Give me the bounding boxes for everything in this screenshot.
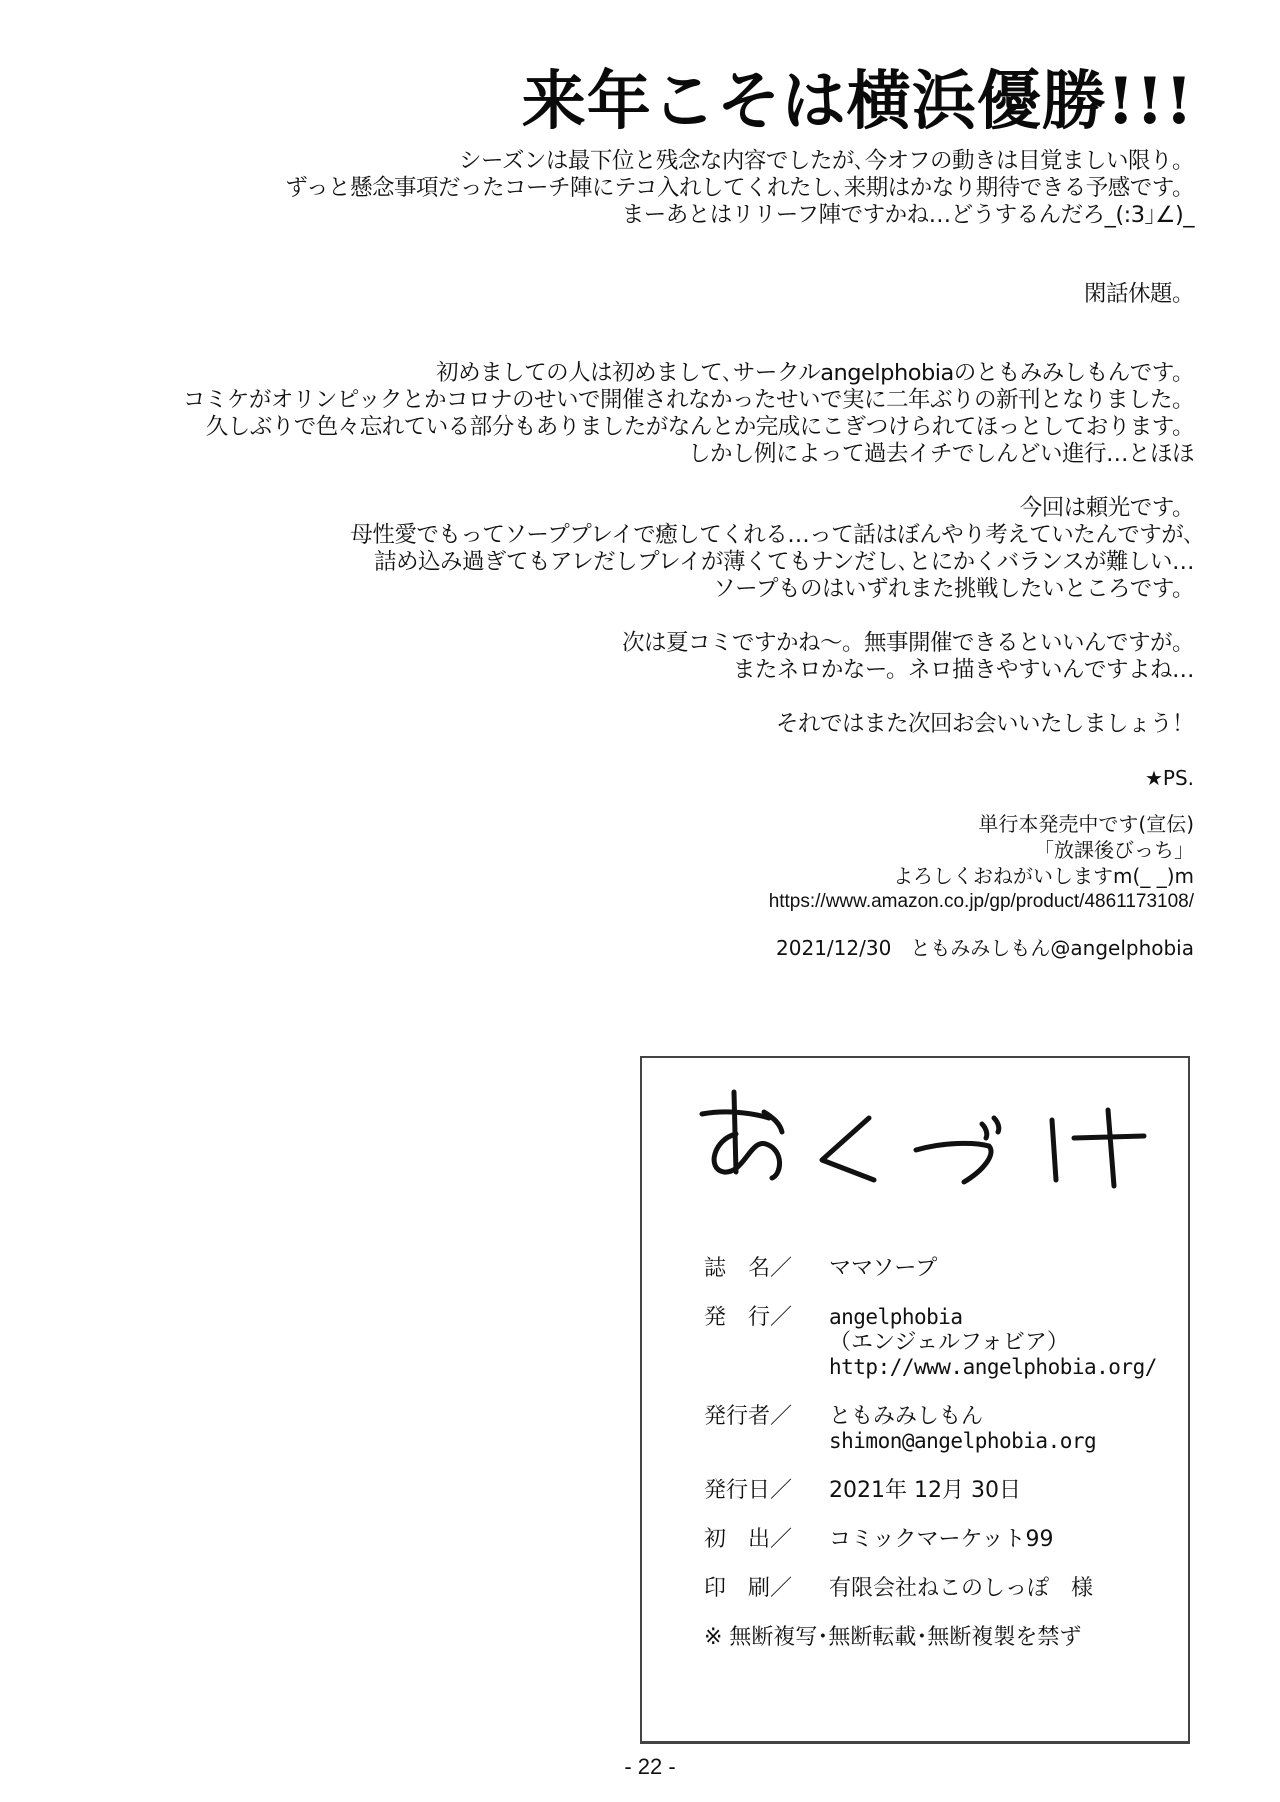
transition-paragraph: 閑話休題。: [14, 281, 1194, 308]
row-value: ママソープ: [829, 1256, 937, 1281]
publisher-website-link[interactable]: http://www.angelphobia.org/: [829, 1355, 1157, 1380]
okuduke-handwritten-icon: おくづけ: [684, 1084, 1154, 1194]
row-value: angelphobia: [829, 1305, 1157, 1330]
text-line: 初めましての人は初めまして､サークルangelphobiaのともみみしもんです。: [14, 360, 1194, 387]
row-value: 2021年 12月 30日: [829, 1478, 1021, 1503]
row-label: 印 刷／: [704, 1576, 829, 1601]
text-line: しかし例によって過去イチでしんどい進行…とほほ: [14, 441, 1194, 468]
colophon-box: おくづけ 誌 名／ ママソープ 発 行／ angelphobia （エンジェルフ…: [640, 1056, 1190, 1744]
closing-paragraph: それではまた次回お会いいたしましょう！: [14, 711, 1194, 738]
ps-section: ★PS. 単行本発売中です(宣伝) 「放課後びっち」 よろしくおねがいしますm(…: [14, 765, 1194, 961]
row-label: 発行日／: [704, 1478, 829, 1503]
row-value: コミックマーケット99: [829, 1527, 1053, 1552]
row-value: （エンジェルフォビア）: [829, 1330, 1157, 1355]
row-label: 発 行／: [704, 1305, 829, 1380]
row-label: 誌 名／: [704, 1256, 829, 1281]
ps-heading: ★PS.: [14, 765, 1194, 791]
row-label: 発行者／: [704, 1404, 829, 1454]
colophon-row-title: 誌 名／ ママソープ: [704, 1256, 1178, 1281]
colophon-row-issuer: 発行者／ ともみみしもん shimon@angelphobia.org: [704, 1404, 1178, 1454]
text-line: 単行本発売中です(宣伝): [14, 811, 1194, 837]
greeting-paragraph: 初めましての人は初めまして､サークルangelphobiaのともみみしもんです。…: [14, 360, 1194, 468]
page-title: 来年こそは横浜優勝!!!: [522, 62, 1194, 142]
amazon-link[interactable]: https://www.amazon.co.jp/gp/product/4861…: [14, 889, 1194, 915]
signature-author: ともみみしもん@angelphobia: [910, 936, 1194, 960]
text-line: それではまた次回お会いいたしましょう！: [14, 711, 1194, 738]
row-value: 有限会社ねこのしっぽ 様: [829, 1576, 1093, 1601]
text-line: またネロかなー。ネロ描きやすいんですよね…: [14, 657, 1194, 684]
colophon-row-printer: 印 刷／ 有限会社ねこのしっぽ 様: [704, 1576, 1178, 1601]
email-link[interactable]: shimon@angelphobia.org: [829, 1429, 1096, 1454]
colophon-row-first-appearance: 初 出／ コミックマーケット99: [704, 1527, 1178, 1552]
text-line: ソープものはいずれまた挑戦したいところです。: [14, 576, 1194, 603]
signature-date: 2021/12/30: [776, 936, 891, 960]
text-line: シーズンは最下位と残念な内容でしたが､今オフの動きは目覚ましい限り。: [14, 148, 1194, 175]
afterword-text: シーズンは最下位と残念な内容でしたが､今オフの動きは目覚ましい限り。 ずっと懸念…: [14, 148, 1194, 961]
colophon-row-publisher: 発 行／ angelphobia （エンジェルフォビア） http://www.…: [704, 1305, 1178, 1380]
page-number: - 22 -: [0, 1754, 1280, 1780]
text-line: 今回は頼光です。: [14, 495, 1194, 522]
text-line: 詰め込み過ぎてもアレだしプレイが薄くてもナンだし､とにかくバランスが難しい…: [14, 549, 1194, 576]
text-line: 閑話休題。: [14, 281, 1194, 308]
next-event-paragraph: 次は夏コミですかね～。無事開催できるといいんですが。 またネロかなー。ネロ描きや…: [14, 630, 1194, 684]
text-line: よろしくおねがいしますm(_ _)m: [14, 863, 1194, 889]
row-label: 初 出／: [704, 1527, 829, 1552]
text-line: 次は夏コミですかね～。無事開催できるといいんですが。: [14, 630, 1194, 657]
text-line: 久しぶりで色々忘れている部分もありましたがなんとか完成にこぎつけられてほっとして…: [14, 414, 1194, 441]
text-line: コミケがオリンピックとかコロナのせいで開催されなかったせいで実に二年ぶりの新刊と…: [14, 387, 1194, 414]
signature: 2021/12/30 ともみみしもん@angelphobia: [14, 935, 1194, 961]
book-title: 「放課後びっち」: [14, 837, 1194, 863]
row-value: ともみみしもん: [829, 1404, 1096, 1429]
text-line: ずっと懸念事項だったコーチ陣にテコ入れしてくれたし､来期はかなり期待できる予感で…: [14, 175, 1194, 202]
text-line: まーあとはリリーフ陣ですかね…どうするんだろ_(:3｣∠)_: [14, 202, 1194, 229]
intro-paragraph: シーズンは最下位と残念な内容でしたが､今オフの動きは目覚ましい限り。 ずっと懸念…: [14, 148, 1194, 229]
colophon-heading: おくづけ: [684, 1084, 1154, 1194]
colophon-rows: 誌 名／ ママソープ 発 行／ angelphobia （エンジェルフォビア） …: [704, 1256, 1178, 1650]
text-line: 母性愛でもってソーププレイで癒してくれる…って話はぼんやり考えていたんですが､: [14, 522, 1194, 549]
content-paragraph: 今回は頼光です。 母性愛でもってソーププレイで癒してくれる…って話はぼんやり考え…: [14, 495, 1194, 603]
copyright-notice: ※ 無断複写･無断転載･無断複製を禁ず: [704, 1625, 1178, 1650]
colophon-row-date: 発行日／ 2021年 12月 30日: [704, 1478, 1178, 1503]
